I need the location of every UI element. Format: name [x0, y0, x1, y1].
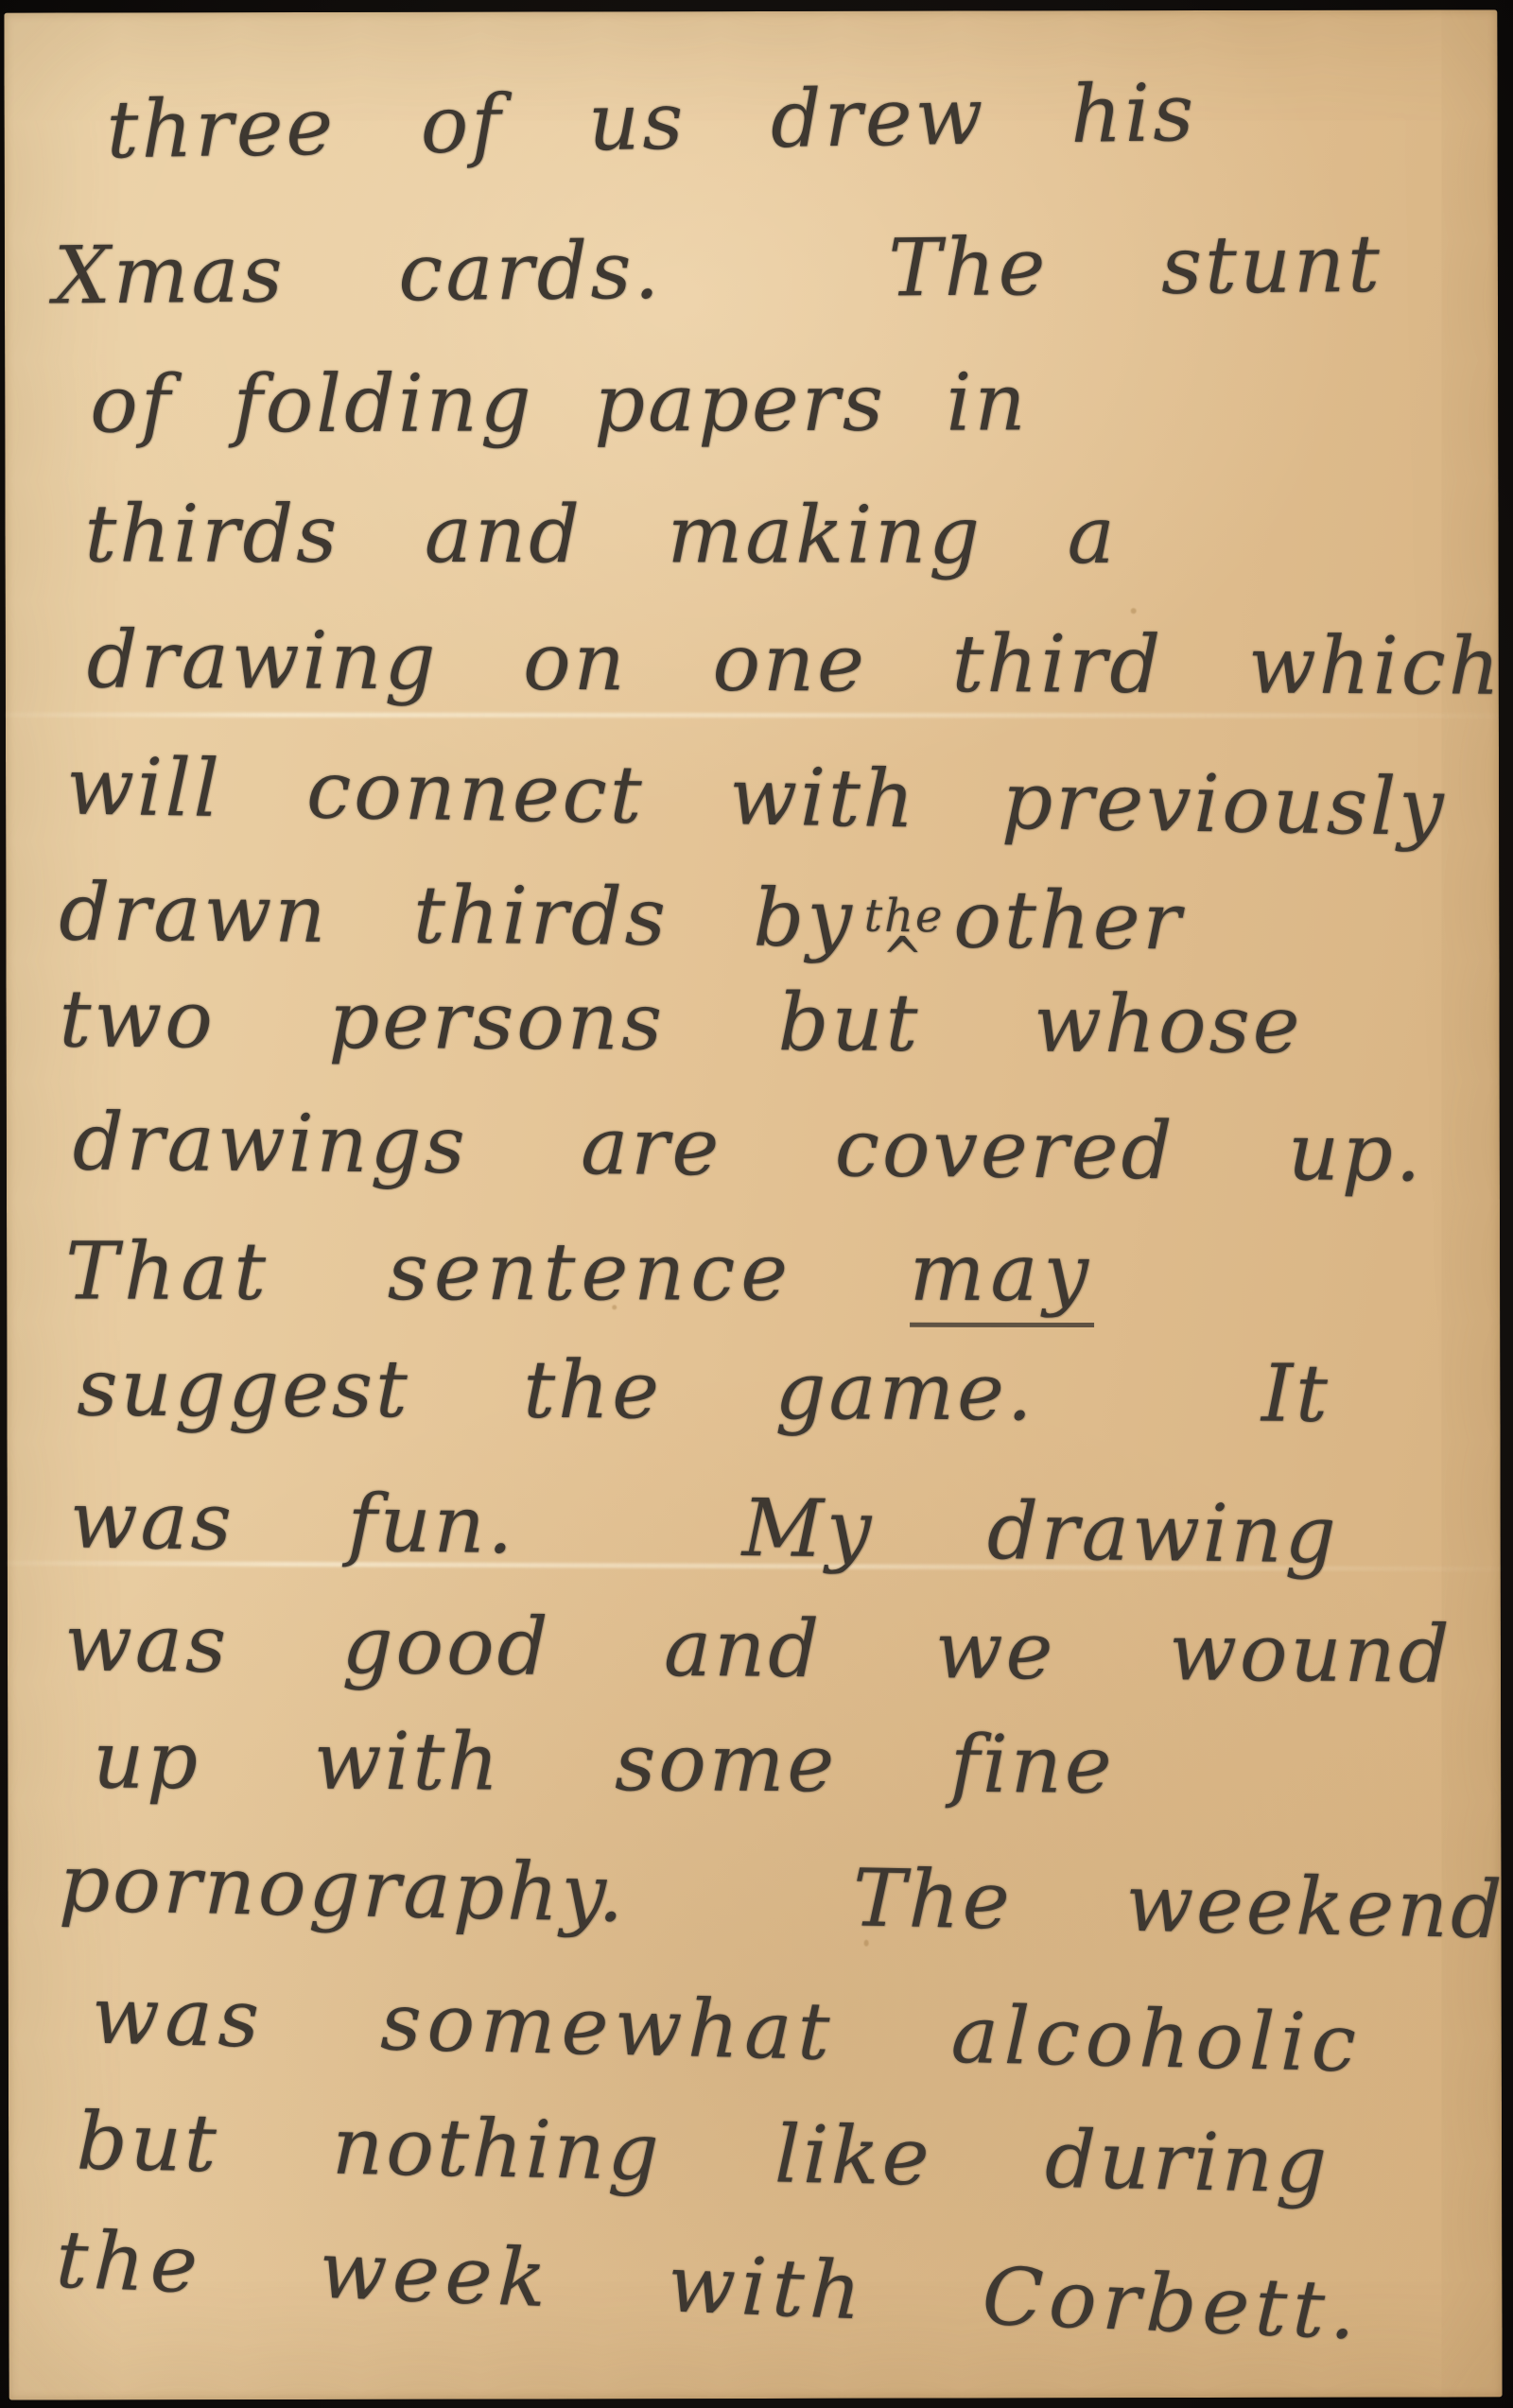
line-10-pre: That sentence: [65, 1225, 910, 1319]
handwriting-line-3: of folding papers in: [90, 358, 1029, 447]
underlined-word-may: may: [910, 1226, 1094, 1327]
handwriting-line-14: up with some fine: [93, 1716, 1115, 1809]
handwriting-line-1: three of us drew his: [106, 69, 1197, 174]
letter-page: three of us drew his Xmas cards. The stu…: [4, 9, 1502, 2399]
paper-speck: [1131, 608, 1137, 614]
handwriting-line-15: pornography. The weekend: [59, 1840, 1505, 1954]
handwriting-line-5: drawing on one third which: [87, 615, 1504, 710]
handwriting-line-11: suggest the game. It: [77, 1343, 1330, 1437]
handwriting-line-2: Xmas cards. The stunt: [54, 220, 1383, 320]
fold-crease-upper: [6, 713, 1499, 719]
handwriting-line-12: was fun. My drawing: [69, 1477, 1339, 1579]
handwriting-line-10: That sentence may: [65, 1228, 1094, 1317]
handwriting-line-8: two persons but whose: [59, 976, 1302, 1069]
inserted-word-the: the^: [863, 903, 944, 962]
handwriting-line-7: drawn thirds bythe^other: [59, 869, 1184, 979]
handwriting-line-16: was somewhat alcoholic: [91, 1971, 1363, 2087]
handwriting-line-17: but nothing like during: [76, 2098, 1330, 2209]
line-7-pre: drawn thirds by: [59, 866, 855, 965]
handwriting-line-9: drawings are covered up.: [72, 1099, 1424, 1197]
handwriting-line-13: was good and we wound: [64, 1600, 1452, 1699]
handwriting-line-4: thirds and making a: [84, 490, 1117, 579]
handwriting-line-18: the week with Corbett.: [54, 2216, 1363, 2355]
handwriting-line-6: will connect with previously: [65, 743, 1447, 852]
caret-mark: ^: [881, 941, 926, 978]
line-7-post: other: [953, 873, 1184, 967]
